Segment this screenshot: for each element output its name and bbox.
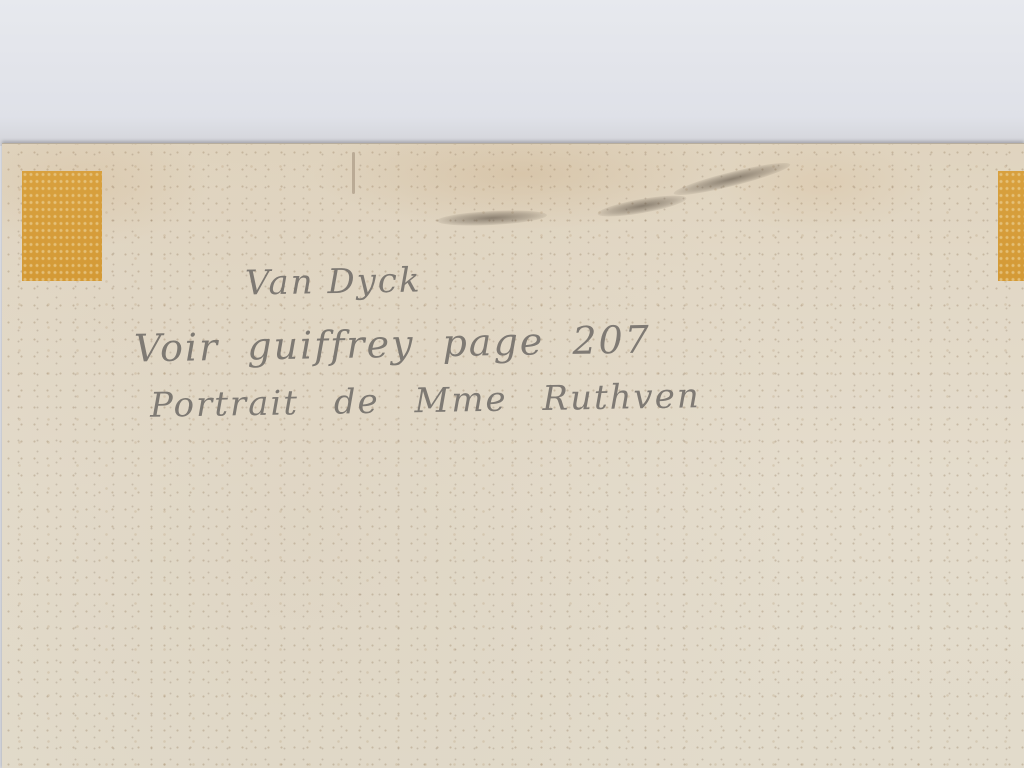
inscription-title: Portrait de Mme Ruthven bbox=[150, 376, 701, 426]
orange-stamp-left bbox=[22, 171, 102, 281]
photo-backdrop bbox=[0, 0, 1024, 146]
pencil-smudge bbox=[596, 191, 687, 220]
pencil-smudge bbox=[437, 208, 548, 228]
inscription-artist: Van Dyck bbox=[245, 260, 422, 303]
inscription-reference: Voir guiffrey page 207 bbox=[134, 317, 652, 370]
paper-sheet: Van Dyck Voir guiffrey page 207 Portrait… bbox=[2, 143, 1024, 768]
orange-stamp-right bbox=[998, 171, 1024, 281]
paper-crease bbox=[352, 152, 355, 194]
paper-texture bbox=[2, 144, 1024, 768]
pencil-smudge bbox=[672, 158, 792, 201]
